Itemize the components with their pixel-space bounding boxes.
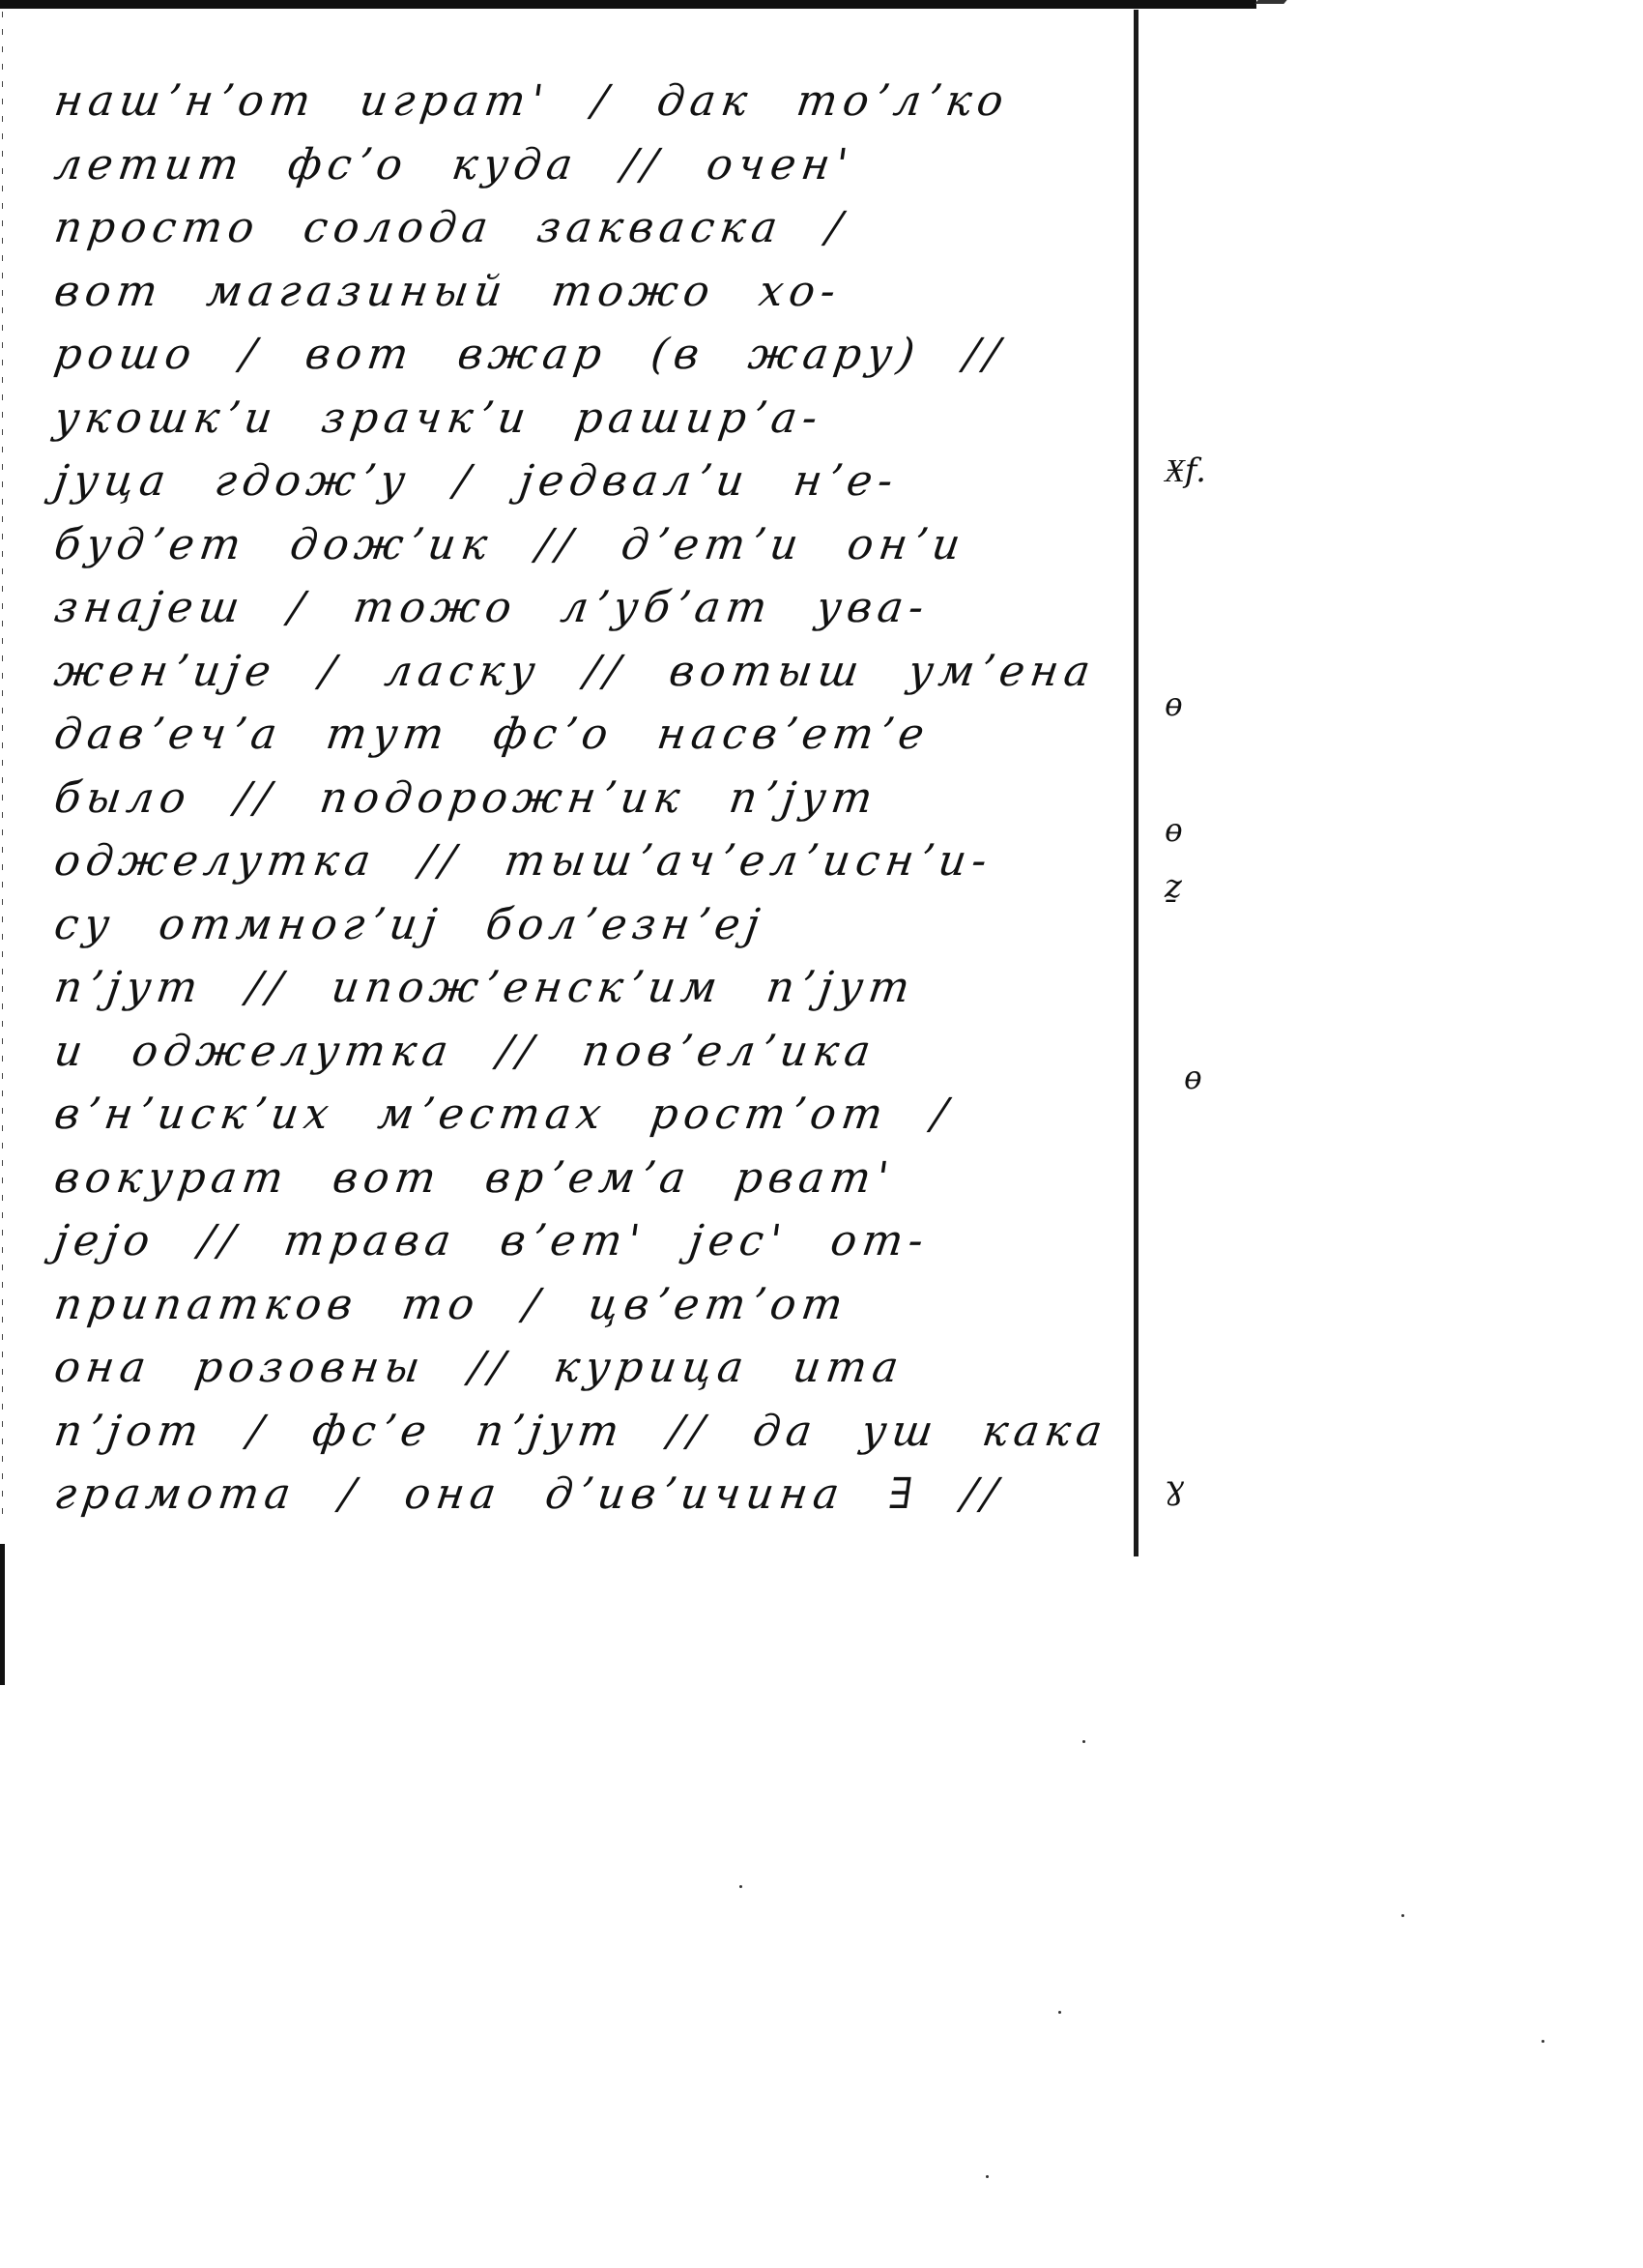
- margin-mark: ѳ: [1165, 814, 1183, 847]
- margin-mark: ẕ: [1165, 870, 1182, 903]
- handwritten-line: укошкʼи зрачкʼи раширʼа-: [50, 387, 1132, 451]
- handwritten-line: вот магазиный тожо хо-: [50, 260, 1132, 324]
- left-scan-bar: [0, 1544, 5, 1685]
- handwritten-line: грамота / она дʼивʼичина ∃ //: [50, 1463, 1132, 1527]
- handwritten-line: оджелутка // тышʼачʼелʼиснʼи-: [50, 829, 1132, 893]
- handwritten-line: она розовны // курица ита: [50, 1336, 1132, 1400]
- handwritten-line: будʼет дожʼик // дʼетʼи онʼи: [50, 513, 1132, 577]
- scan-speck: [986, 2175, 989, 2178]
- margin-mark: ѳ: [1165, 688, 1183, 721]
- handwritten-line: пʼјот / фсʼе пʼјут // да уш кака: [50, 1400, 1132, 1464]
- top-scan-border-tail: [1254, 0, 1286, 4]
- margin-mark: ɣ: [1165, 1471, 1184, 1504]
- scan-speck: [1058, 2011, 1061, 2014]
- margin-mark: ѳ: [1184, 1061, 1202, 1094]
- handwritten-line: нашʼнʼот играт' / дак тоʼлʼко: [50, 70, 1132, 133]
- handwritten-line: пʼјут // ипожʼенскʼим пʼјут: [50, 956, 1132, 1020]
- handwritten-line: и оджелутка // повʼелʼика: [50, 1020, 1132, 1084]
- scan-speck: [739, 1885, 742, 1888]
- scan-speck: [1542, 2040, 1544, 2043]
- scan-speck: [1401, 1914, 1404, 1917]
- handwritten-line: давʼечʼа тут фсʼо насвʼетʼе: [50, 703, 1132, 767]
- scanned-page: нашʼнʼот играт' / дак тоʼлʼко летит фсʼо…: [0, 0, 1643, 2268]
- handwritten-line: вʼнʼискʼих мʼестах ростʼот /: [50, 1083, 1132, 1147]
- handwritten-line: летит фсʼо куда // очен': [50, 133, 1132, 197]
- handwritten-text-block: нашʼнʼот играт' / дак тоʼлʼко летит фсʼо…: [50, 70, 1123, 1527]
- scan-speck: [1082, 1740, 1085, 1743]
- handwritten-line: су отмногʼиј болʼезнʼеј: [50, 893, 1132, 957]
- handwritten-line: женʼије / ласку // вотыш умʼена: [50, 640, 1132, 704]
- handwritten-line: рошо / вот вжар (в жару) //: [50, 323, 1132, 387]
- margin-mark: Ӿf.: [1165, 454, 1206, 487]
- handwritten-line: просто солода закваска /: [50, 196, 1132, 260]
- handwritten-line: было // подорожнʼик пʼјут: [50, 767, 1132, 830]
- handwritten-line: вокурат вот врʼемʼа рват': [50, 1147, 1132, 1210]
- handwritten-line: јуца гдожʼу / једвалʼи нʼе-: [50, 450, 1132, 513]
- handwritten-line: знајеш / тожо лʼубʼат ува-: [50, 576, 1132, 640]
- handwritten-line: припатков то / цвʼетʼот: [50, 1273, 1132, 1337]
- left-scan-edge: [2, 12, 3, 1520]
- top-scan-border: [0, 0, 1256, 9]
- handwritten-line: јејо // трава вʼет' јес' от-: [50, 1209, 1132, 1273]
- margin-rule-line: [1134, 10, 1139, 1556]
